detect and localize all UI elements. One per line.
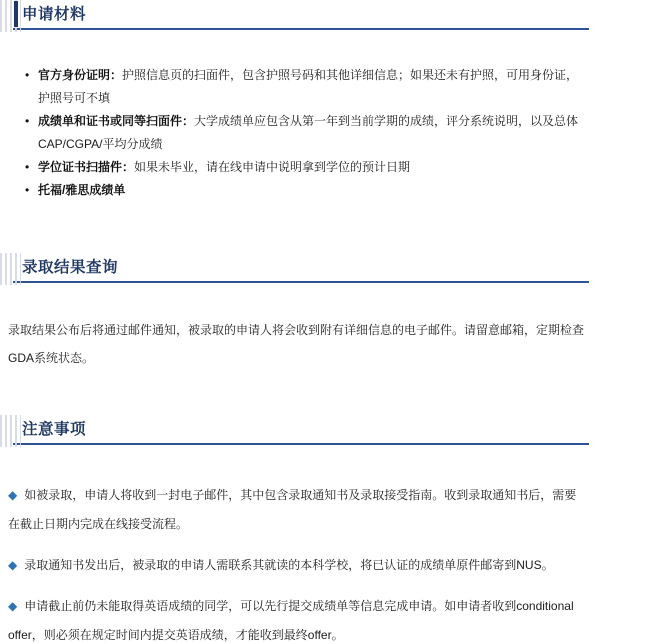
bullet-icon: • <box>25 156 29 179</box>
section-heading-results: 录取结果查询 <box>13 255 589 283</box>
notes-list: ◆如被录取，申请人将收到一封电子邮件，其中包含录取通知书及录取接受指南。收到录取… <box>0 481 660 644</box>
note-item-mail-transcript: ◆录取通知书发出后，被录取的申请人需联系其就读的本科学校，将已认证的成绩单原件邮… <box>8 551 588 580</box>
section-notes: 注意事项 ◆如被录取，申请人将收到一封电子邮件，其中包含录取通知书及录取接受指南… <box>0 417 660 644</box>
diamond-bullet-icon: ◆ <box>8 488 17 502</box>
diamond-bullet-icon: ◆ <box>8 558 17 572</box>
section-heading-materials: 申请材料 <box>13 2 589 30</box>
stripes-decoration-icon <box>0 415 21 447</box>
item-text: 如果未毕业，请在线申请中说明拿到学位的预计日期 <box>134 160 410 174</box>
note-item-conditional-offer: ◆申请截止前仍未能取得英语成绩的同学，可以先行提交成绩单等信息完成申请。如申请者… <box>8 592 588 644</box>
bullet-icon: • <box>25 179 29 202</box>
section-title-results: 录取结果查询 <box>22 258 589 278</box>
note-text: 申请截止前仍未能取得英语成绩的同学，可以先行提交成绩单等信息完成申请。如申请者收… <box>8 599 574 642</box>
materials-list: • 官方身份证明：护照信息页的扫面件，包含护照号码和其他详细信息；如果还未有护照… <box>25 64 581 202</box>
section-application-materials: 申请材料 • 官方身份证明：护照信息页的扫面件，包含护照号码和其他详细信息；如果… <box>0 2 660 202</box>
item-label: 官方身份证明： <box>38 68 122 82</box>
item-label: 托福/雅思成绩单 <box>38 183 125 197</box>
list-item-degree-certificate: • 学位证书扫描件：如果未毕业，请在线申请中说明拿到学位的预计日期 <box>25 156 581 179</box>
list-item-transcript: • 成绩单和证书或同等扫面件：大学成绩单应包含从第一年到当前学期的成绩，评分系统… <box>25 110 581 156</box>
section-title-notes: 注意事项 <box>22 420 589 440</box>
article-page: 申请材料 • 官方身份证明：护照信息页的扫面件，包含护照号码和其他详细信息；如果… <box>0 2 660 644</box>
note-item-offer-email: ◆如被录取，申请人将收到一封电子邮件，其中包含录取通知书及录取接受指南。收到录取… <box>8 481 588 539</box>
bullet-icon: • <box>25 64 29 87</box>
section-heading-notes: 注意事项 <box>13 417 589 445</box>
item-label: 学位证书扫描件： <box>38 160 134 174</box>
list-item-english-test: • 托福/雅思成绩单 <box>25 179 581 202</box>
results-paragraph: 录取结果公布后将通过邮件通知，被录取的申请人将会收到附有详细信息的电子邮件。请留… <box>8 316 588 372</box>
section-title-materials: 申请材料 <box>22 5 589 25</box>
stripes-decoration-icon <box>0 253 21 285</box>
heading-accent-bar <box>14 1 18 27</box>
note-text: 如被录取，申请人将收到一封电子邮件，其中包含录取通知书及录取接受指南。收到录取通… <box>8 488 576 531</box>
bullet-icon: • <box>25 110 29 133</box>
section-admission-results: 录取结果查询 录取结果公布后将通过邮件通知，被录取的申请人将会收到附有详细信息的… <box>0 255 660 372</box>
note-text: 录取通知书发出后，被录取的申请人需联系其就读的本科学校，将已认证的成绩单原件邮寄… <box>24 558 553 572</box>
item-label: 成绩单和证书或同等扫面件： <box>38 114 194 128</box>
list-item-identity: • 官方身份证明：护照信息页的扫面件，包含护照号码和其他详细信息；如果还未有护照… <box>25 64 581 110</box>
diamond-bullet-icon: ◆ <box>8 599 17 613</box>
